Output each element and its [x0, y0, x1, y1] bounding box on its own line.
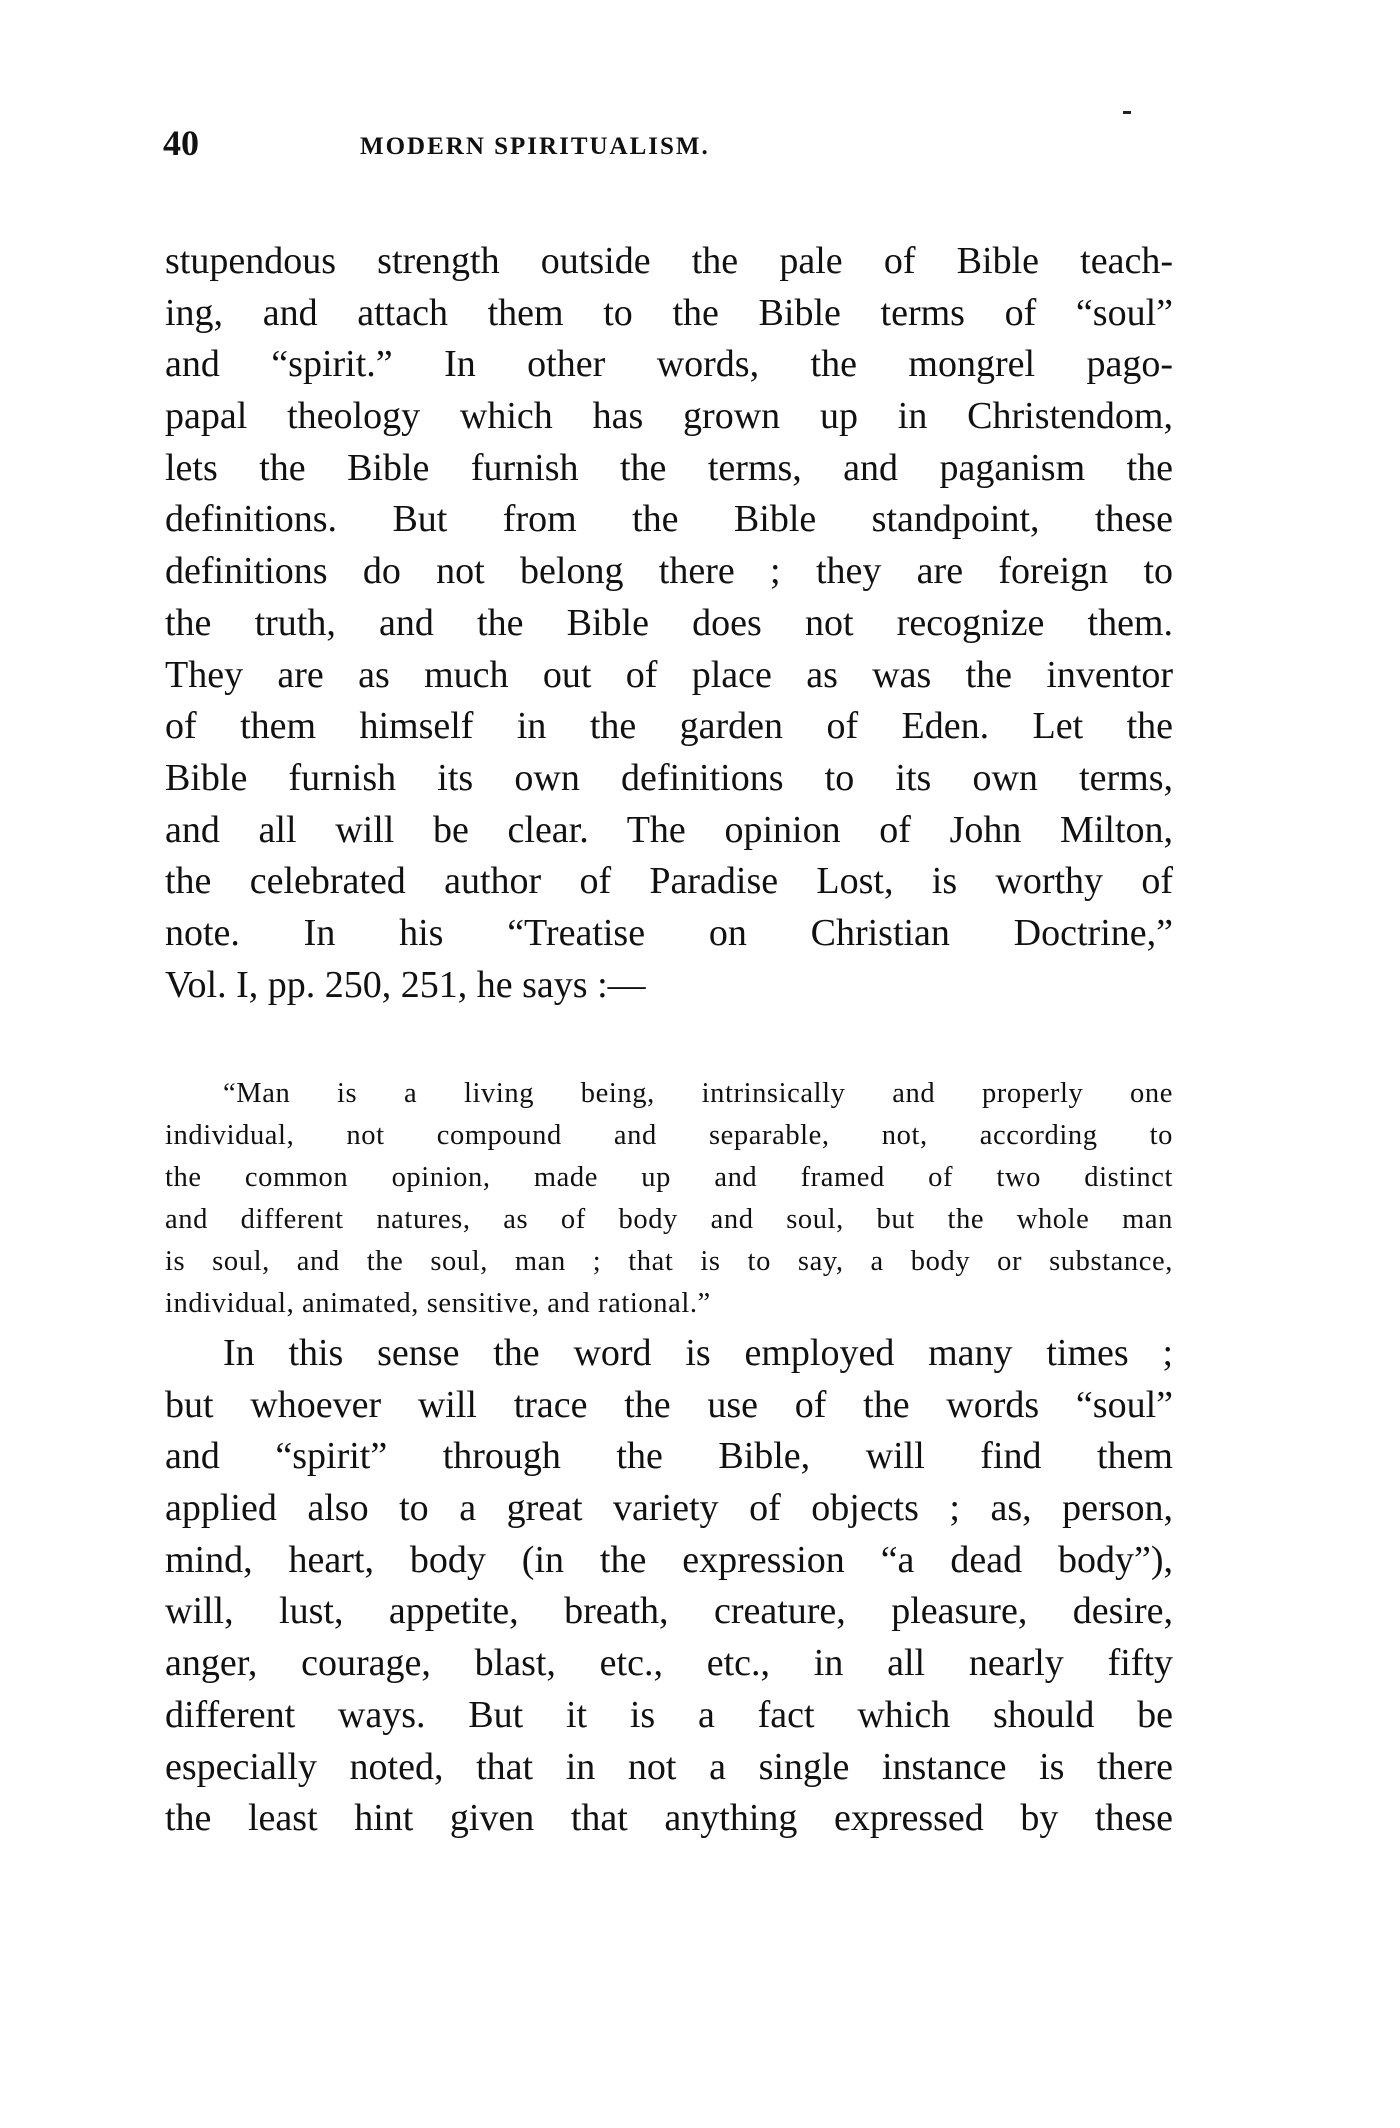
text-line: and “spirit” through the Bible, will fin…	[165, 1431, 1173, 1483]
text-line: ing, and attach them to the Bible terms …	[165, 288, 1173, 340]
text-line: but whoever will trace the use of the wo…	[165, 1380, 1173, 1432]
text-line: will, lust, appetite, breath, creature, …	[165, 1586, 1173, 1638]
page-number: 40	[163, 118, 199, 168]
text-line: applied also to a great variety of objec…	[165, 1483, 1173, 1535]
text-line: note. In his “Treatise on Christian Doct…	[165, 908, 1173, 960]
text-line: especially noted, that in not a single i…	[165, 1742, 1173, 1794]
quote-line: and different natures, as of body and so…	[165, 1199, 1173, 1241]
text-line: and “spirit.” In other words, the mongre…	[165, 339, 1173, 391]
text-line: of them himself in the garden of Eden. L…	[165, 701, 1173, 753]
text-line: anger, courage, blast, etc., etc., in al…	[165, 1638, 1173, 1690]
quote-line: individual, animated, sensitive, and rat…	[165, 1283, 1173, 1325]
text-line: They are as much out of place as was the…	[165, 650, 1173, 702]
text-line: different ways. But it is a fact which s…	[165, 1690, 1173, 1742]
text-line: stupendous strength outside the pale of …	[165, 236, 1173, 288]
text-line: the celebrated author of Paradise Lost, …	[165, 856, 1173, 908]
paragraph: In this sense the word is employed many …	[165, 1328, 1173, 1845]
text-line: In this sense the word is employed many …	[165, 1328, 1173, 1380]
running-title: MODERN SPIRITUALISM.	[360, 122, 710, 172]
running-head: 40 MODERN SPIRITUALISM.	[163, 118, 1173, 168]
text-line: Vol. I, pp. 250, 251, he says :—	[165, 960, 1173, 1012]
quote-line: is soul, and the soul, man ; that is to …	[165, 1241, 1173, 1283]
scan-artifact	[1123, 111, 1131, 114]
quote-line: individual, not compound and separable, …	[165, 1115, 1173, 1157]
text-line: Bible furnish its own definitions to its…	[165, 753, 1173, 805]
paragraph-continued: stupendous strength outside the pale of …	[165, 236, 1173, 1011]
text-line: definitions. But from the Bible standpoi…	[165, 494, 1173, 546]
text-line: mind, heart, body (in the expression “a …	[165, 1535, 1173, 1587]
text-line: lets the Bible furnish the terms, and pa…	[165, 443, 1173, 495]
block-quote: “Man is a living being, intrinsically an…	[165, 1073, 1173, 1325]
text-line: definitions do not belong there ; they a…	[165, 546, 1173, 598]
text-line: and all will be clear. The opinion of Jo…	[165, 805, 1173, 857]
quote-line: “Man is a living being, intrinsically an…	[165, 1073, 1173, 1115]
book-page: 40 MODERN SPIRITUALISM. stupendous stren…	[0, 0, 1400, 2128]
text-line: the least hint given that anything expre…	[165, 1793, 1173, 1845]
quote-line: the common opinion, made up and framed o…	[165, 1157, 1173, 1199]
text-line: the truth, and the Bible does not recogn…	[165, 598, 1173, 650]
text-line: papal theology which has grown up in Chr…	[165, 391, 1173, 443]
